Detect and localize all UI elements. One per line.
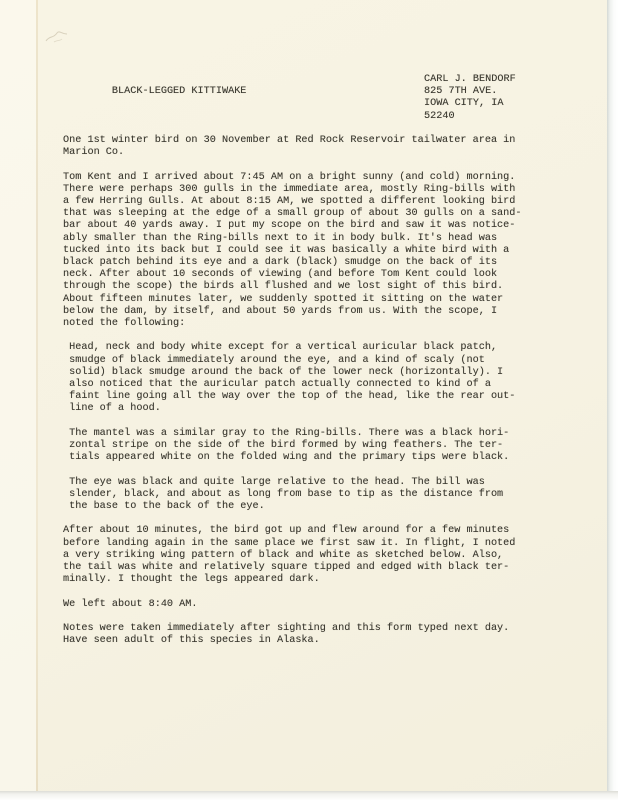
scan-edge-bottom: [0, 791, 618, 800]
document-title: BLACK-LEGGED KITTIWAKE: [112, 86, 247, 97]
scanned-document: BLACK-LEGGED KITTIWAKE CARL J. BENDORF 8…: [0, 0, 618, 800]
document-text: BLACK-LEGGED KITTIWAKE CARL J. BENDORF 8…: [63, 74, 553, 647]
paragraph-observation-account: Tom Kent and I arrived about 7:45 AM on …: [63, 172, 553, 331]
document-header: BLACK-LEGGED KITTIWAKE CARL J. BENDORF 8…: [63, 74, 553, 123]
paragraph-sighting-summary: One 1st winter bird on 30 November at Re…: [63, 135, 553, 159]
paragraph-eye-bill-description: The eye was black and quite large relati…: [63, 477, 553, 514]
paragraph-departure: We left about 8:40 AM.: [63, 599, 553, 611]
pencil-mark: [44, 28, 70, 46]
paper-sheet: BLACK-LEGGED KITTIWAKE CARL J. BENDORF 8…: [0, 0, 607, 791]
paragraph-notes: Notes were taken immediately after sight…: [63, 623, 553, 647]
paragraph-flight-description: After about 10 minutes, the bird got up …: [63, 525, 553, 586]
paragraph-mantle-description: The mantel was a similar gray to the Rin…: [63, 428, 553, 465]
fold-crease-line: [36, 0, 38, 791]
left-margin-strip: [0, 0, 36, 791]
scan-edge-right: [607, 0, 618, 800]
paragraph-head-description: Head, neck and body white except for a v…: [63, 342, 553, 415]
author-address-block: CARL J. BENDORF 825 7TH AVE. IOWA CITY, …: [424, 74, 516, 123]
